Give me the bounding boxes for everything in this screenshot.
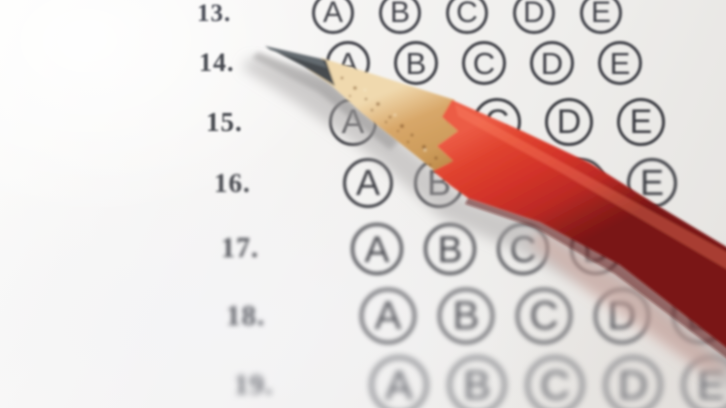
question-number-15: 15. bbox=[206, 109, 243, 136]
bubble-16-B: B bbox=[414, 158, 464, 208]
photo-frame: 13.ABCDE14.ABCDE15.ABCDE16.ABCDE17.ABCDE… bbox=[0, 0, 726, 408]
bubble-17-C: C bbox=[497, 223, 549, 275]
bubble-16-C: C bbox=[485, 158, 535, 208]
bubble-17-B: B bbox=[424, 223, 476, 275]
bubble-15-D: D bbox=[545, 98, 593, 146]
bubble-17-E: E bbox=[643, 223, 695, 275]
question-number-13: 13. bbox=[197, 1, 231, 26]
bubble-13-E: E bbox=[580, 0, 622, 34]
question-number-14: 14. bbox=[199, 50, 235, 76]
bubble-13-A: A bbox=[312, 0, 354, 34]
question-number-19: 19. bbox=[234, 371, 273, 400]
bubble-18-E: E bbox=[672, 288, 726, 344]
bubble-19-A: A bbox=[370, 356, 428, 408]
bubble-17-A: A bbox=[351, 223, 403, 275]
bubble-15-E: E bbox=[617, 98, 665, 146]
bubble-14-B: B bbox=[394, 41, 438, 85]
bubble-16-A: A bbox=[343, 158, 393, 208]
bubble-19-E: E bbox=[682, 356, 726, 408]
bubble-15-C: C bbox=[473, 98, 521, 146]
bubble-18-B: B bbox=[438, 288, 494, 344]
bubble-18-C: C bbox=[516, 288, 572, 344]
bubble-16-E: E bbox=[627, 158, 677, 208]
bubble-19-C: C bbox=[526, 356, 584, 408]
answer-sheet: 13.ABCDE14.ABCDE15.ABCDE16.ABCDE17.ABCDE… bbox=[0, 0, 726, 408]
bubble-17-D: D bbox=[570, 223, 622, 275]
bubble-14-A: A bbox=[326, 41, 370, 85]
bubble-13-B: B bbox=[379, 0, 421, 34]
bubble-18-D: D bbox=[594, 288, 650, 344]
question-number-17: 17. bbox=[221, 235, 259, 263]
bubble-18-A: A bbox=[360, 288, 416, 344]
bubble-15-B: B bbox=[401, 98, 449, 146]
bubble-14-E: E bbox=[598, 41, 642, 85]
bubble-19-D: D bbox=[604, 356, 662, 408]
bubble-13-D: D bbox=[513, 0, 555, 34]
bubble-13-C: C bbox=[446, 0, 488, 34]
bubble-14-C: C bbox=[462, 41, 506, 85]
question-number-18: 18. bbox=[226, 302, 265, 331]
bubble-15-A: A bbox=[329, 98, 377, 146]
bubble-19-B: B bbox=[448, 356, 506, 408]
bubble-14-D: D bbox=[530, 41, 574, 85]
bubble-16-D: D bbox=[556, 158, 606, 208]
question-number-16: 16. bbox=[214, 170, 251, 197]
